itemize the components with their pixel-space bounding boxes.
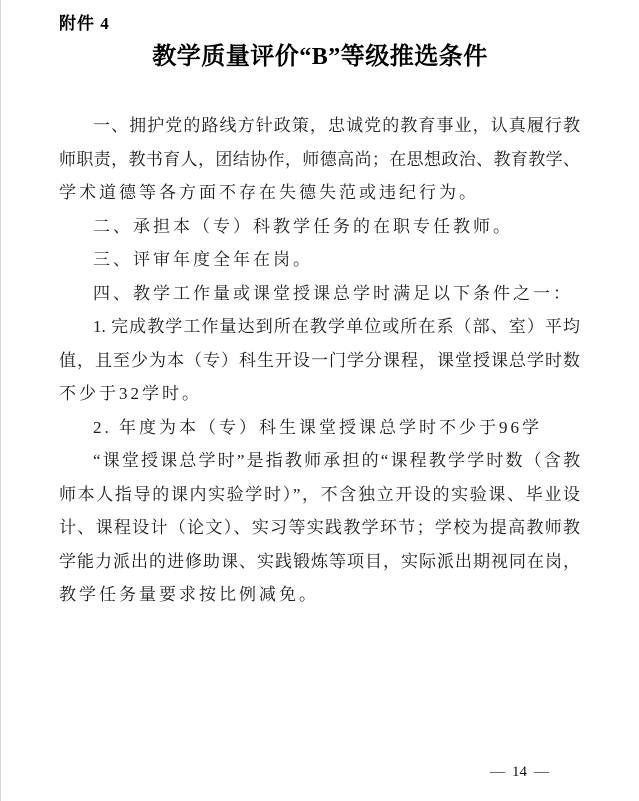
paragraph-1: 一、拥护党的路线方针政策，忠诚党的教育事业，认真履行教 师职责，教书育人，团结协… <box>59 109 580 210</box>
paragraph-7: “课堂授课总学时”是指教师承担的“课程教学学时数（含教 师本人指导的课内实验学时… <box>59 444 580 612</box>
paragraph-3: 三、评审年度全年在岗。 <box>59 243 580 277</box>
paragraph-4: 四、教学工作量或课堂授课总学时满足以下条件之一： <box>59 277 580 311</box>
document-body: 一、拥护党的路线方针政策，忠诚党的教育事业，认真履行教 师职责，教书育人，团结协… <box>59 109 580 612</box>
text-line: 三、评审年度全年在岗。 <box>59 243 580 277</box>
text-line: 一、拥护党的路线方针政策，忠诚党的教育事业，认真履行教 <box>59 109 580 143</box>
page-number: 14 <box>512 764 527 780</box>
text-line: 二、承担本（专）科教学任务的在职专任教师。 <box>59 210 580 244</box>
text-line: 师本人指导的课内实验学时）”，不含独立开设的实验课、毕业设 <box>59 478 580 512</box>
document-title: 教学质量评价“B”等级推选条件 <box>1 36 639 71</box>
document-page: 附件 4 教学质量评价“B”等级推选条件 一、拥护党的路线方针政策，忠诚党的教育… <box>0 0 639 801</box>
text-line: 学术道德等各方面不存在失德失范或违纪行为。 <box>59 176 580 210</box>
page-footer: —14— <box>490 763 549 781</box>
text-line: 计、课程设计（论文）、实习等实践教学环节；学校为提高教师教 <box>59 511 580 545</box>
paragraph-5: 1. 完成教学工作量达到所在教学单位或所在系（部、室）平均 值，且至少为本（专）… <box>59 310 580 411</box>
text-line: 四、教学工作量或课堂授课总学时满足以下条件之一： <box>59 277 580 311</box>
paragraph-6: 2. 年度为本（专）科生课堂授课总学时不少于96学时。 <box>59 411 580 445</box>
footer-dash-right: — <box>534 764 549 780</box>
text-line: 2. 年度为本（专）科生课堂授课总学时不少于96学时。 <box>59 411 580 445</box>
footer-dash-left: — <box>490 764 505 780</box>
text-line: 1. 完成教学工作量达到所在教学单位或所在系（部、室）平均 <box>59 310 580 344</box>
paragraph-2: 二、承担本（专）科教学任务的在职专任教师。 <box>59 210 580 244</box>
text-line: 教学任务量要求按比例减免。 <box>59 578 580 612</box>
text-line: “课堂授课总学时”是指教师承担的“课程教学学时数（含教 <box>59 444 580 478</box>
attachment-label: 附件 4 <box>59 9 110 34</box>
text-line: 学能力派出的进修助课、实践锻炼等项目，实际派出期视同在岗， <box>59 545 580 579</box>
text-line: 值，且至少为本（专）科生开设一门学分课程，课堂授课总学时数 <box>59 344 580 378</box>
text-line: 不少于32学时。 <box>59 377 580 411</box>
text-line: 师职责，教书育人，团结协作，师德高尚；在思想政治、教育教学、 <box>59 143 580 177</box>
